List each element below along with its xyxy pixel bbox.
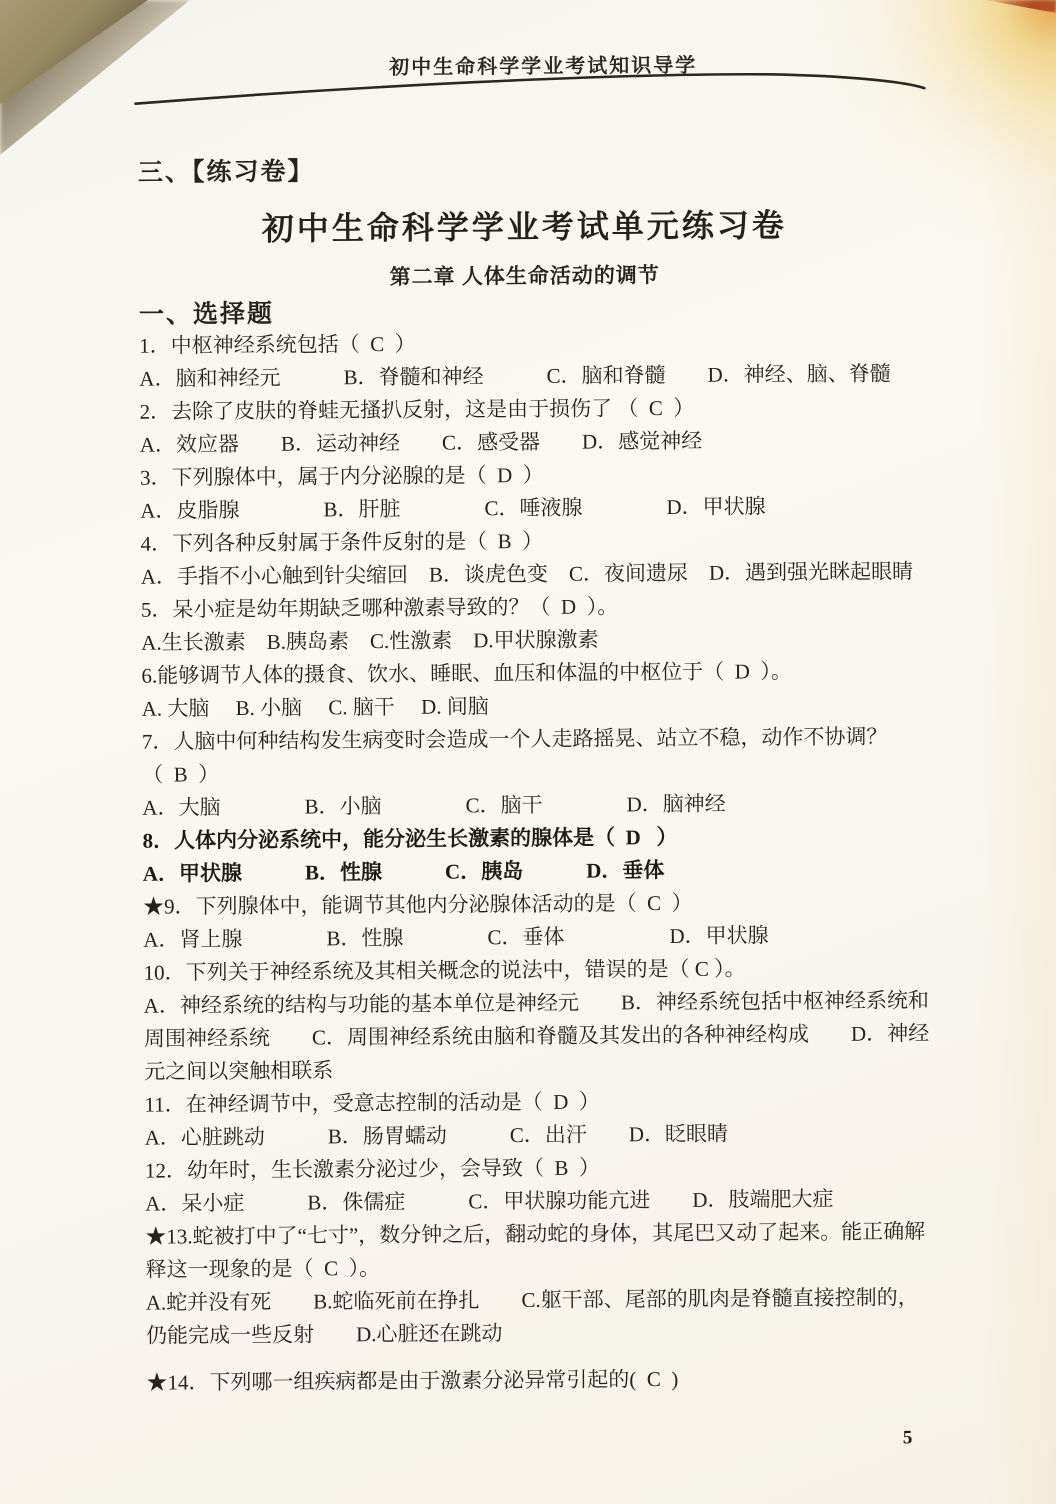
question-options: A．心脏跳动 B．肠胃蠕动 C．出汗 D．眨眼睛 xyxy=(145,1116,937,1155)
question-stem: 7．人脑中何种结构发生病变时会造成一个人走路摇晃、站立不稳，动作不协调？ （ B… xyxy=(142,720,934,792)
question-options: A.蛇并没有死 B.蛇临死前在挣扎 C.躯干部、尾部的肌肉是脊髓直接控制的，仍能… xyxy=(146,1281,938,1353)
question-options: A．脑和神经元 B．脊髓和神经 C．脑和脊髓 D．神经、脑、脊髓 xyxy=(139,357,931,396)
question-stem: 12．幼年时，生长激素分泌过少，会导致（ B ） xyxy=(145,1149,937,1188)
question-options: A．皮脂腺 B．肝脏 C．唾液腺 D．甲状腺 xyxy=(140,489,932,528)
question-list: 1．中枢神经系统包括（ C ）A．脑和神经元 B．脊髓和神经 C．脑和脊髓 D．… xyxy=(139,324,938,1400)
question-options: A．大脑 B．小脑 C．脑干 D．脑神经 xyxy=(142,786,934,825)
page-title: 初中生命科学学业考试单元练习卷 xyxy=(0,198,1052,251)
part-label: 一、选择题 xyxy=(139,294,274,331)
question-stem: 5．呆小症是幼年期缺乏哪种激素导致的？（ D ）。 xyxy=(141,588,933,627)
question-options: A．呆小症 B．侏儒症 C．甲状腺功能亢进 D．肢端肥大症 xyxy=(145,1182,937,1221)
question-stem: ★9．下列腺体中，能调节其他内分泌腺体活动的是（ C ） xyxy=(143,885,935,924)
scanned-exam-page: 初中生命科学学业考试知识导学 三、【练习卷】 初中生命科学学业考试单元练习卷 第… xyxy=(0,0,1056,1504)
header-rule-line xyxy=(0,66,1052,117)
question-stem: 10．下列关于神经系统及其相关概念的说法中，错误的是（ C ）。 xyxy=(143,951,935,990)
question-stem: ★13.蛇被打中了“七寸”，数分钟之后，翻动蛇的身体，其尾巴又动了起来。能正确解… xyxy=(145,1215,937,1287)
page-content: 初中生命科学学业考试知识导学 三、【练习卷】 初中生命科学学业考试单元练习卷 第… xyxy=(0,0,1056,1504)
question-options: A.生长激素 B.胰岛素 C.性激素 D.甲状腺激素 xyxy=(141,621,933,660)
question-options: A．效应器 B．运动神经 C．感受器 D．感觉神经 xyxy=(140,423,932,462)
question-stem: 6.能够调节人体的摄食、饮水、睡眠、血压和体温的中枢位于（ D ）。 xyxy=(141,654,933,693)
question-stem: 1．中枢神经系统包括（ C ） xyxy=(139,324,931,363)
question-stem: 8．人体内分泌系统中，能分泌生长激素的腺体是（ D ） xyxy=(142,819,934,858)
question-stem: 11．在神经调节中，受意志控制的活动是（ D ） xyxy=(144,1083,936,1122)
question-options: A．甲状腺 B．性腺 C．胰岛 D．垂体 xyxy=(143,852,935,891)
question-stem: 4．下列各种反射属于条件反射的是（ B ） xyxy=(140,522,932,561)
page-number: 5 xyxy=(903,1427,913,1449)
question-stem: 2．去除了皮肤的脊蛙无搔扒反射，这是由于损伤了 （ C ） xyxy=(140,390,932,429)
question-options: A．肾上腺 B．性腺 C．垂体 D．甲状腺 xyxy=(143,918,935,957)
section-label: 三、【练习卷】 xyxy=(138,151,315,188)
chapter-title: 第二章 人体生命活动的调节 xyxy=(0,256,1053,293)
question-options: A. 大脑 B. 小脑 C. 脑干 D. 间脑 xyxy=(142,687,934,726)
question-options: A．神经系统的结构与功能的基本单位是神经元 B．神经系统包括中枢神经系统和周围神… xyxy=(144,984,937,1089)
question-options: A．手指不小心触到针尖缩回 B．谈虎色变 C．夜间遗尿 D．遇到强光眯起眼睛 xyxy=(141,555,933,594)
question-stem: 3．下列腺体中，属于内分泌腺的是（ D ） xyxy=(140,456,932,495)
question-stem: ★14．下列哪一组疾病都是由于激素分泌异常引起的( C ) xyxy=(146,1361,938,1400)
